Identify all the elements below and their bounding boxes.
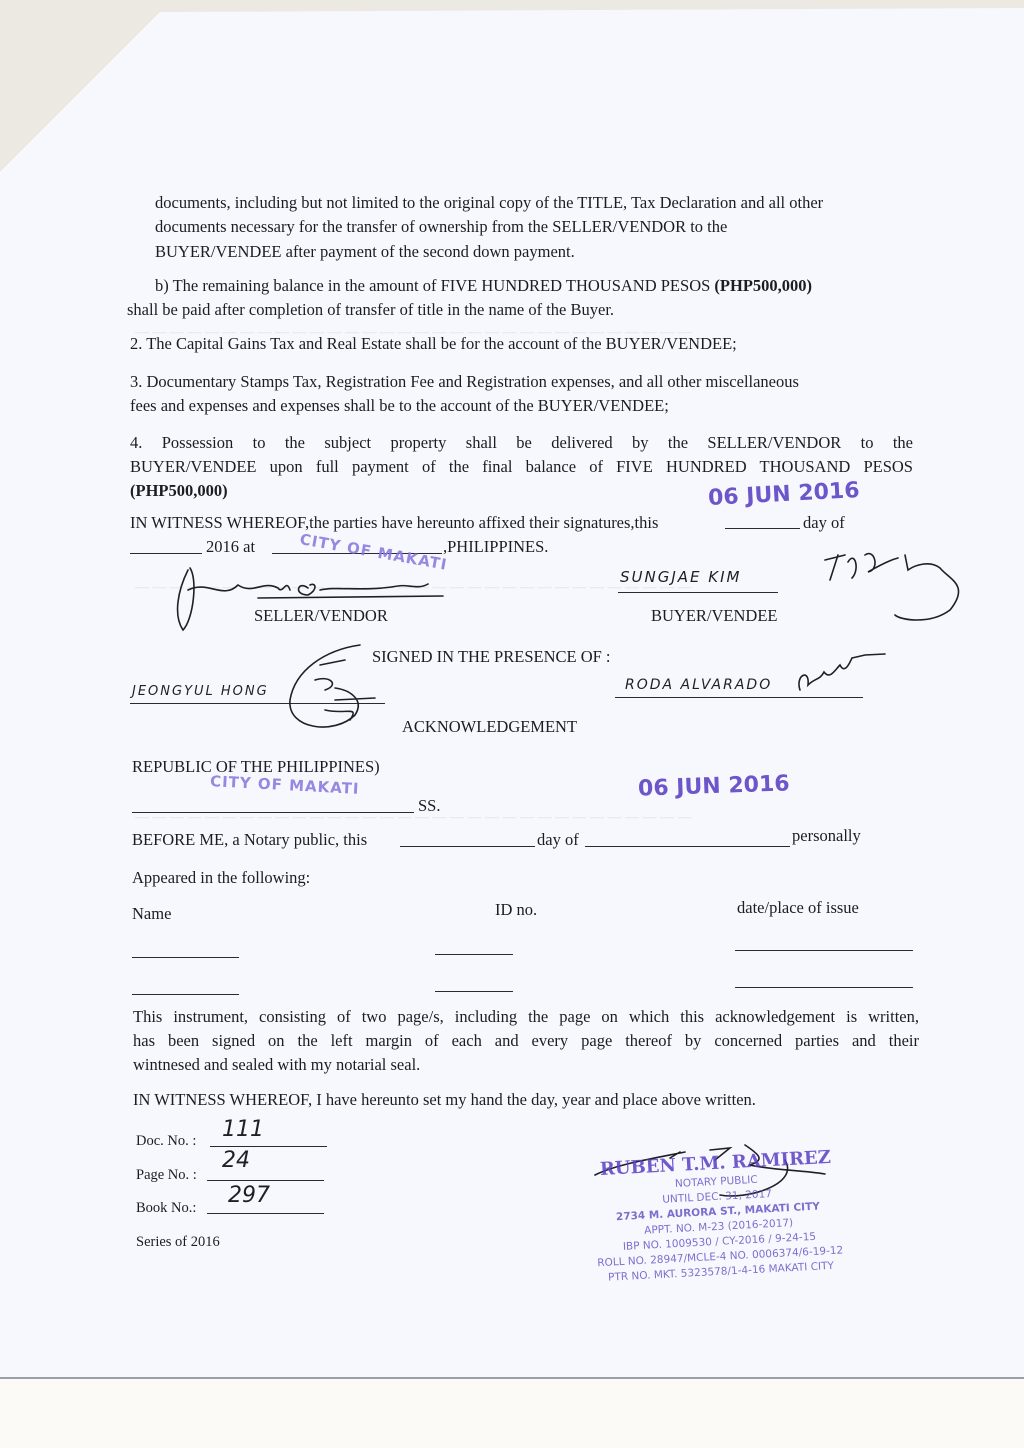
buyer-label: BUYER/VENDEE bbox=[651, 606, 778, 626]
witness-right-name: RODA ALVARADO bbox=[625, 677, 772, 693]
page-no-field[interactable] bbox=[207, 1180, 324, 1181]
column-name: Name bbox=[132, 904, 171, 924]
paragraph-line: BUYER/VENDEE after payment of the second… bbox=[155, 242, 575, 262]
before-me-text: BEFORE ME, a Notary public, this bbox=[132, 830, 367, 850]
date-stamp: 06 JUN 2016 bbox=[638, 771, 790, 801]
seller-label: SELLER/VENDOR bbox=[254, 606, 388, 626]
column-date-place: date/place of issue bbox=[737, 898, 859, 918]
month-blank[interactable] bbox=[130, 553, 202, 554]
ack-month-blank[interactable] bbox=[585, 846, 790, 847]
book-no-label: Book No.: bbox=[136, 1198, 196, 1218]
presence-label: SIGNED IN THE PRESENCE OF : bbox=[372, 647, 611, 667]
book-no-field[interactable] bbox=[207, 1213, 324, 1214]
clause-4-amount: (PHP500,000) bbox=[130, 481, 228, 501]
doc-no-label: Doc. No. : bbox=[136, 1131, 196, 1151]
seller-signature bbox=[168, 560, 448, 640]
date-place-field-1[interactable] bbox=[735, 950, 913, 951]
date-place-field-2[interactable] bbox=[735, 987, 913, 988]
column-id: ID no. bbox=[495, 900, 537, 920]
clause-3-line-1: 3. Documentary Stamps Tax, Registration … bbox=[130, 372, 799, 392]
id-field-1[interactable] bbox=[435, 954, 513, 955]
clause-2: 2. The Capital Gains Tax and Real Estate… bbox=[130, 334, 737, 354]
day-blank[interactable] bbox=[725, 528, 800, 529]
witness-philippines: ,PHILIPPINES. bbox=[443, 537, 548, 557]
ss-blank bbox=[132, 812, 414, 813]
clause-4-line-1: 4. Possession to the subject property sh… bbox=[130, 433, 913, 453]
witness-left-name: JEONGYUL HONG bbox=[132, 684, 269, 699]
notary-witness-clause: IN WITNESS WHEREOF, I have hereunto set … bbox=[133, 1090, 756, 1110]
buyer-signature-line bbox=[618, 592, 778, 593]
page-edge bbox=[0, 1377, 1024, 1448]
witness-clause: IN WITNESS WHEREOF,the parties have here… bbox=[130, 513, 658, 533]
page-no-label: Page No. : bbox=[136, 1165, 197, 1185]
book-no-value: 297 bbox=[228, 1183, 270, 1208]
doc-no-value: 111 bbox=[222, 1117, 264, 1142]
page-no-value: 24 bbox=[222, 1148, 250, 1173]
instrument-line-2: has been signed on the left margin of ea… bbox=[133, 1031, 919, 1051]
ack-day-of: day of bbox=[537, 830, 579, 850]
clause-b-line-1: b) The remaining balance in the amount o… bbox=[155, 276, 812, 296]
series-text: Series of 2016 bbox=[136, 1232, 220, 1252]
clause-b-amount: (PHP500,000) bbox=[714, 276, 812, 295]
name-field-2[interactable] bbox=[132, 994, 239, 995]
doc-no-field[interactable] bbox=[210, 1146, 327, 1147]
witness-left-signature bbox=[265, 640, 405, 740]
appeared-text: Appeared in the following: bbox=[132, 868, 310, 888]
ack-day-blank[interactable] bbox=[400, 846, 535, 847]
clause-b-line-2: shall be paid after completion of transf… bbox=[127, 300, 614, 320]
clause-3-line-2: fees and expenses and expenses shall be … bbox=[130, 396, 669, 416]
buyer-printed-name: SUNGJAE KIM bbox=[620, 568, 741, 586]
notary-stamp: RUBEN T.M. RAMIREZ NOTARY PUBLIC UNTIL D… bbox=[580, 1146, 856, 1287]
witness-right-signature bbox=[790, 650, 900, 700]
witness-year: 2016 at bbox=[206, 537, 255, 557]
instrument-line-1: This instrument, consisting of two page/… bbox=[133, 1007, 919, 1027]
acknowledgement-title: ACKNOWLEDGEMENT bbox=[402, 717, 577, 737]
paragraph-line: documents necessary for the transfer of … bbox=[155, 217, 727, 237]
ss-label: SS. bbox=[418, 796, 440, 816]
paragraph-line: documents, including but not limited to … bbox=[155, 193, 823, 213]
buyer-signature bbox=[820, 540, 980, 630]
name-field-1[interactable] bbox=[132, 957, 239, 958]
clause-b-text: b) The remaining balance in the amount o… bbox=[155, 276, 714, 295]
instrument-line-3: wintnesed and sealed with my notarial se… bbox=[133, 1055, 420, 1075]
witness-day-of: day of bbox=[803, 513, 845, 533]
ack-personally: personally bbox=[792, 826, 861, 846]
clause-4-line-2: BUYER/VENDEE upon full payment of the fi… bbox=[130, 457, 913, 477]
id-field-2[interactable] bbox=[435, 991, 513, 992]
